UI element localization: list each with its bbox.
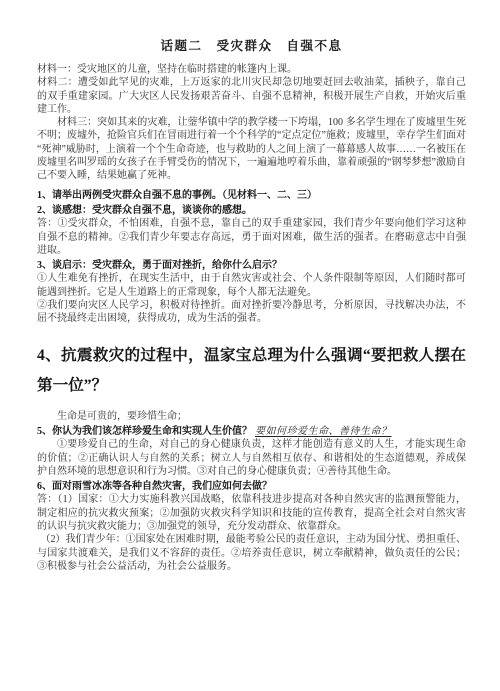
question-1-heading: 1、请举出两例受灾群众自强不息的事例。（见材料一、二、三） xyxy=(37,189,466,202)
question-6-answer-1: 答：（1）国家：①大力实施科教兴国战略，依靠科技进步提高对各种自然灾害的监测预警… xyxy=(37,493,466,533)
question-3-answer-1: ①人生难免有挫折，在现实生活中，由于自然灾害或社会、个人条件限制等原因，人们随时… xyxy=(37,272,466,299)
question-5-handwritten-annotation: 要如何珍爱生命、善待生命？ xyxy=(255,426,392,437)
question-2-answer: 答：①受灾群众，不怕困难，自强不息，靠自己的双手重建家园，我们青少年要向他们学习… xyxy=(37,217,466,257)
page-title: 话题二 受灾群众 自强不息 xyxy=(37,36,466,54)
material-3-paragraph: 材料三：突如其来的灾难，让蓥华镇中学的教学楼一下垮塌，100 多名学生埋在了废墟… xyxy=(37,116,466,182)
document-page: 话题二 受灾群众 自强不息 材料一：受灾地区的儿童，坚持在临时搭建的帐篷内上课。… xyxy=(0,0,500,691)
question-4-heading: 4、抗震救灾的过程中，温家宝总理为什么强调“要把救人摆在第一位”？ xyxy=(37,341,466,401)
question-6-heading: 6、面对雨雪冰冻等各种自然灾害，我们应如何去做？ xyxy=(37,480,466,493)
question-5-heading-text: 5、你认为我们该怎样珍爱生命和实现人生价值？ xyxy=(37,426,252,437)
material-1-paragraph: 材料一：受灾地区的儿童，坚持在临时搭建的帐篷内上课。 xyxy=(37,63,466,76)
question-3-answer-2: ②我们要向灾区人民学习，积极对待挫折。面对挫折要冷静思考，分析原因，寻找解决办法… xyxy=(37,299,466,326)
question-5-answer: ①要珍爱自己的生命，对自己的身心健康负责，这样才能创造有意义的人生，才能实现生命… xyxy=(37,438,466,478)
material-2-paragraph: 材料二：遭受如此罕见的灾难，上万返家的北川灾民却急切地要赶回去收油菜，插秧子，靠… xyxy=(37,76,466,116)
question-3-heading: 3、谈启示：受灾群众，勇于面对挫折，给你什么启示？ xyxy=(37,259,466,272)
question-6-answer-2: （2）我们青少年：①国家处在困难时期，最能考验公民的责任意识，主动为国分忧、勇担… xyxy=(37,533,466,573)
question-5-heading: 5、你认为我们该怎样珍爱生命和实现人生价值？要如何珍爱生命、善待生命？ xyxy=(37,425,466,438)
question-4-answer: 生命是可贵的，要珍惜生命； xyxy=(37,410,466,423)
question-2-heading: 2、谈感想：受灾群众自强不息，谈谈你的感想。 xyxy=(37,204,466,217)
